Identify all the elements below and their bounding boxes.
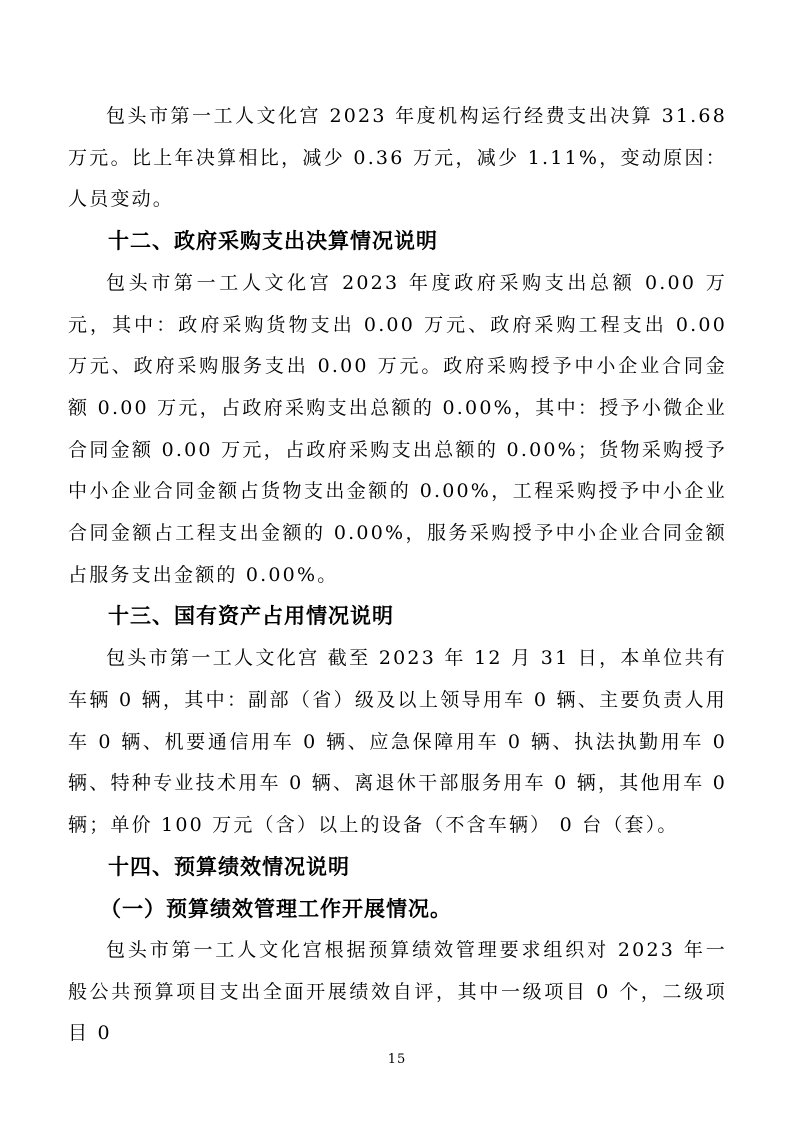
heading-section-twelve-gov-procurement: 十二、政府采购支出决算情况说明: [68, 221, 727, 263]
paragraph-gov-procurement-detail: 包头市第一工人文化宫 2023 年度政府采购支出总额 0.00 万元，其中：政府…: [68, 263, 727, 597]
heading-section-thirteen-state-assets: 十三、国有资产占用情况说明: [68, 596, 727, 638]
paragraph-state-assets-vehicles: 包头市第一工人文化宫 截至 2023 年 12 月 31 日，本单位共有车辆 0…: [68, 638, 727, 847]
page-number: 15: [0, 1052, 794, 1067]
paragraph-operating-expense: 包头市第一工人文化宫 2023 年度机构运行经费支出决算 31.68 万元。比上…: [68, 96, 727, 221]
heading-section-fourteen-budget-performance: 十四、预算绩效情况说明: [68, 847, 727, 889]
paragraph-performance-self-evaluation: 包头市第一工人文化宫根据预算绩效管理要求组织对 2023 年一般公共预算项目支出…: [68, 930, 727, 1055]
document-page: 包头市第一工人文化宫 2023 年度机构运行经费支出决算 31.68 万元。比上…: [0, 0, 794, 1123]
subheading-performance-management-work: （一）预算绩效管理工作开展情况。: [68, 888, 727, 930]
